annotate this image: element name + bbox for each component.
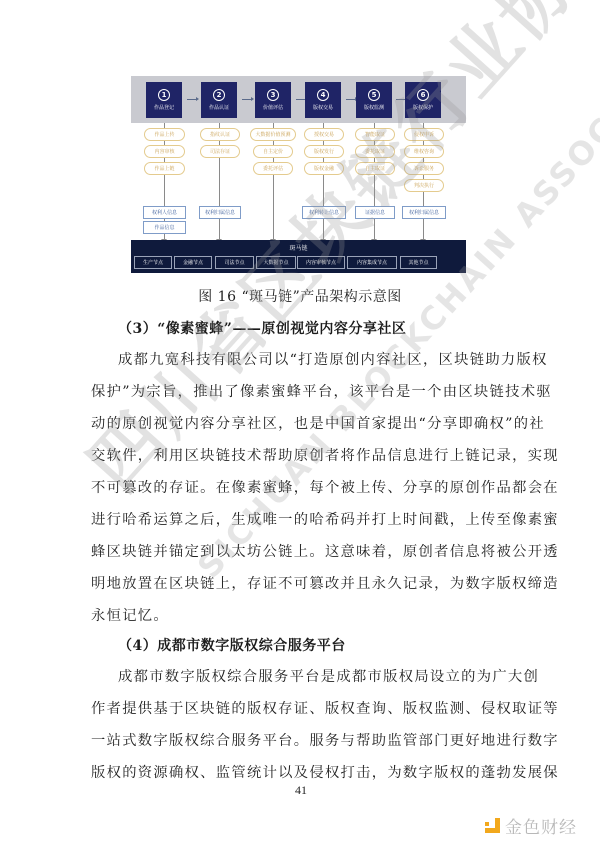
step-number: 3 [267,89,279,101]
paragraph-line: 版权的资源确权、监管统计以及侵权打击，为数字版权的蓬勃发展保 [91,762,519,782]
pill-item: 司法存证 [200,145,240,158]
step-number: 2 [213,89,225,101]
arrow-right-icon [187,99,197,100]
chain-node: 其他节点 [400,256,437,269]
brand-logo: 金色财经 [485,813,577,838]
chain-node: 金融节点 [174,256,212,269]
paragraph-line: 明地放置在区块链上，存证不可篡改并且永久记录，为数字版权缔造 [91,573,519,593]
paragraph-line: 蜂区块链并锚定到以太坊公链上。这意味着，原创者信息将被公开透 [91,541,519,561]
paragraph-line: 永恒记忆。 [91,605,519,625]
section-heading-4: （4）成都市数字版权综合服务平台 [118,635,346,655]
chain-node: 生产节点 [134,256,172,269]
pill-item: 委托评估 [253,162,293,175]
step-label: 价值评估 [263,104,283,111]
step-3: 3 价值评估 [255,82,291,118]
paragraph-line: 成都市数字版权综合服务平台是成都市版权局设立的为广大创 [118,666,519,686]
pill-item: 自主定价 [253,145,293,158]
arrow-right-icon [242,99,252,100]
pill-item: 大数据价值预测 [250,128,296,141]
pill-item: 作品上传 [144,128,185,141]
page-number: 41 [295,783,307,798]
step-1: 1 作品登记 [146,82,182,118]
paragraph-line: 进行哈希运算之后，生成唯一的哈希码并打上时间戳，上传至像素蜜 [91,509,519,529]
arrow-right-icon [346,99,356,100]
pill-item: 作品上链 [144,162,185,175]
step-number: 4 [317,89,329,101]
step-label: 作品登记 [154,104,174,111]
paragraph-line: 作者提供基于区块链的版权存证、版权查询、版权监测、侵权取证等 [91,698,519,718]
brand-text: 金色财经 [505,813,577,838]
step-4: 4 版权交易 [305,82,341,118]
pill-item: 指纹认证 [200,128,240,141]
info-box: 权利人信息 [143,206,186,219]
paragraph-line: 一站式数字版权综合服务平台。服务与帮助监管部门更好地进行数字 [91,730,519,750]
info-box: 作品信息 [143,221,186,234]
step-number: 1 [158,89,170,101]
jinse-logo-icon [485,818,500,833]
pill-item: 内容审核 [144,145,185,158]
step-label: 作品认证 [209,104,229,111]
step-2: 2 作品认证 [201,82,237,118]
info-box: 权利归属信息 [199,206,241,219]
step-label: 版权交易 [313,104,333,111]
